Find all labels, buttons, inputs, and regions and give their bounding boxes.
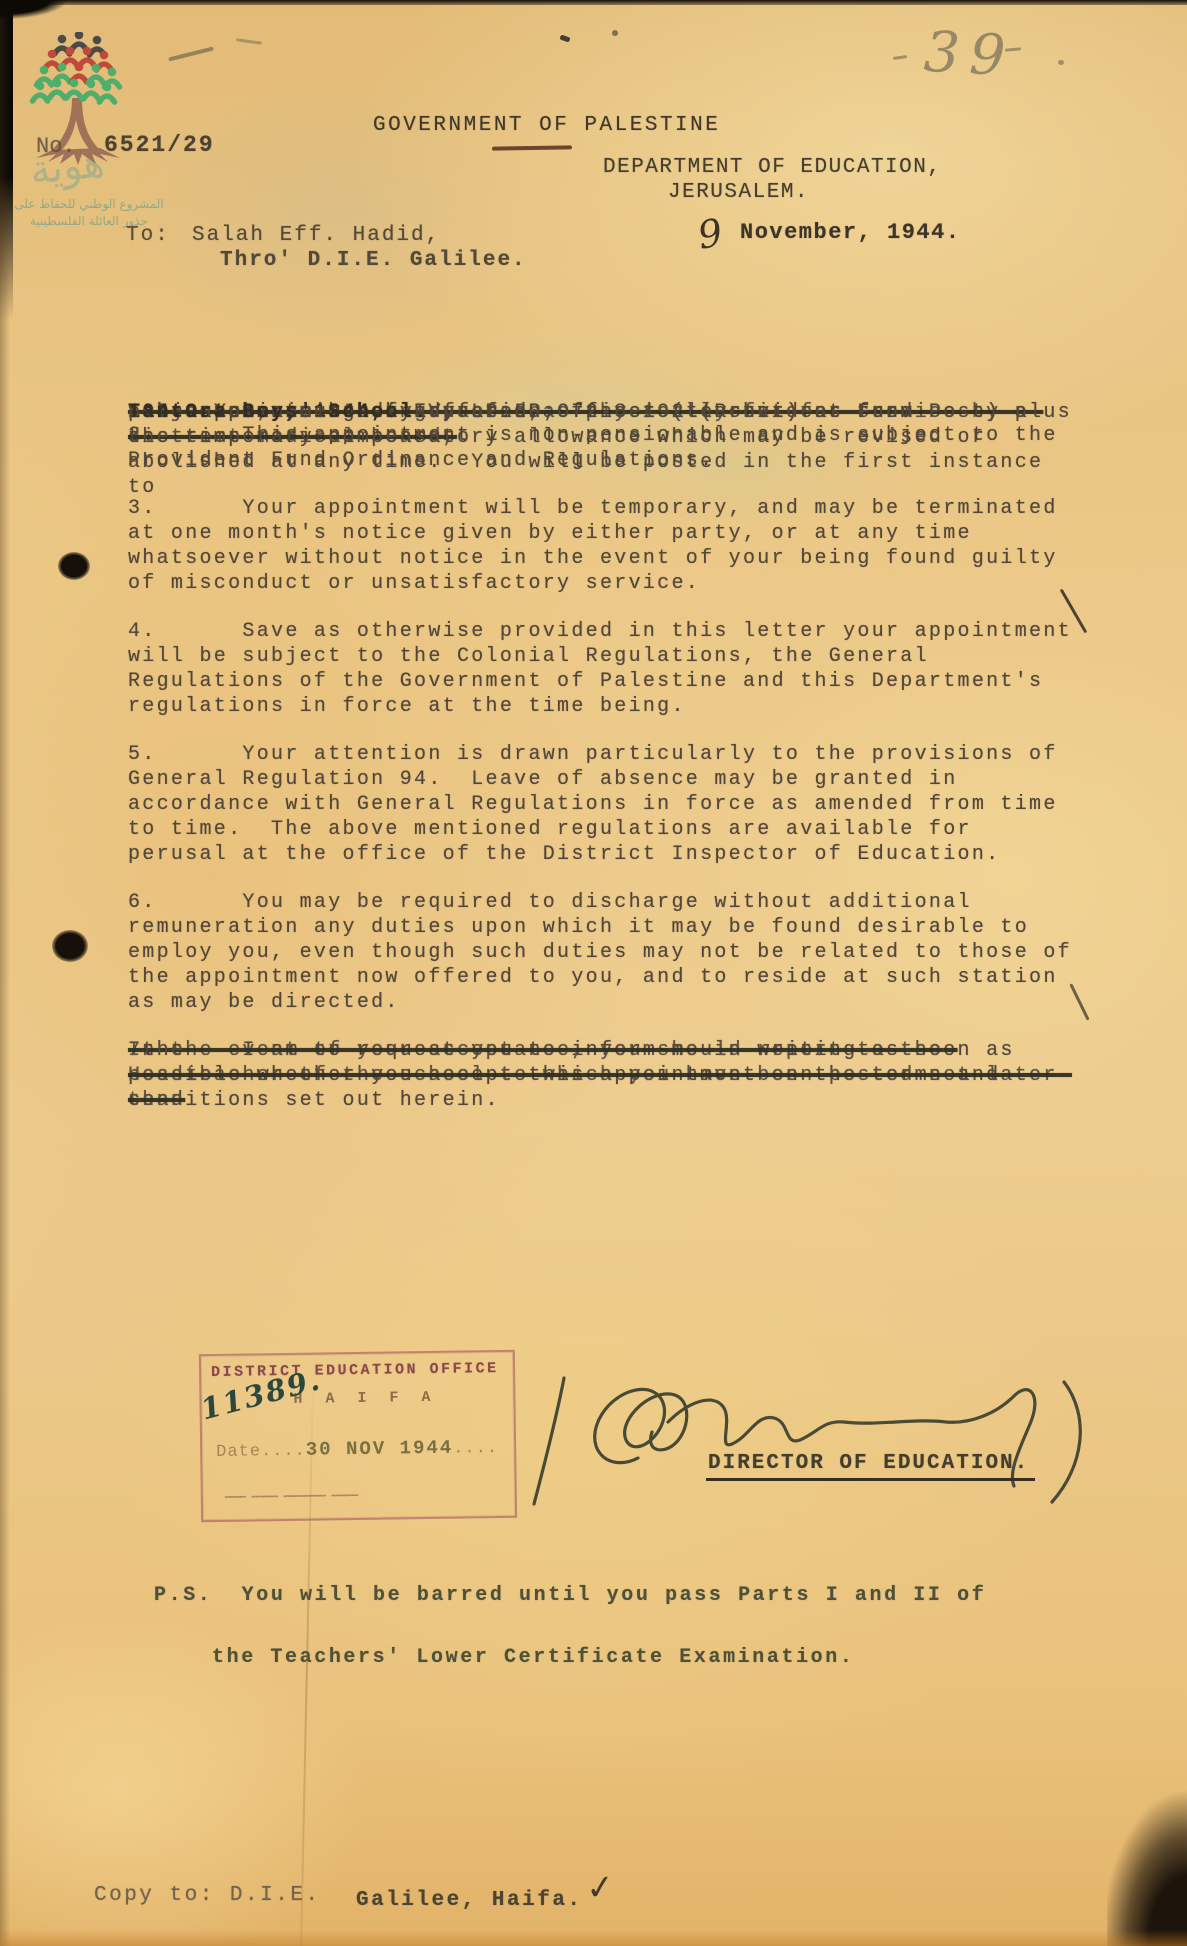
scan-edge-left-shadow	[0, 0, 10, 1946]
stamp-dots: ....	[453, 1439, 498, 1459]
pencil-smudge	[893, 55, 907, 60]
paragraph-3: 3. Your appointment will be temporary, a…	[128, 496, 1080, 596]
pencil-smudge	[236, 38, 262, 45]
pencil-smudge	[612, 30, 618, 36]
handwritten-date-day: 9	[694, 210, 725, 258]
to-label: To:	[126, 224, 170, 247]
pencil-smudge	[168, 46, 214, 61]
p1-inserted-school: Tantura Boys' School.	[128, 400, 428, 425]
department-line1: DEPARTMENT OF EDUCATION,	[603, 156, 941, 179]
paragraph-6: 6. You may be required to discharge with…	[128, 890, 1080, 1015]
handwritten-signature	[518, 1362, 1102, 1508]
postscript-line2: the Teachers' Lower Certificate Examinat…	[212, 1646, 855, 1669]
letter-body: You are hereby offered, subject to your …	[128, 400, 1080, 1038]
stamp-date-value: 30 NOV 1944	[306, 1437, 454, 1461]
punch-hole	[52, 930, 88, 962]
handwritten-checkmark: ✓	[584, 1867, 617, 1910]
stamp-dots: ....	[261, 1442, 306, 1462]
copy-to-label: Copy to: D.I.E.	[94, 1884, 321, 1907]
scan-corner-top-left	[0, 0, 95, 26]
paragraph-4: 4. Save as otherwise provided in this le…	[128, 619, 1080, 719]
addressee-name: Salah Eff. Hadid,	[192, 224, 440, 247]
ref-label: No.	[36, 134, 76, 159]
department-line2: JERUSALEM.	[668, 181, 809, 204]
scan-edge-bottom	[0, 1930, 1187, 1946]
typed-date: November, 1944.	[740, 220, 961, 245]
p7-text: the	[128, 1038, 185, 1063]
pencil-page-number: 39	[922, 20, 1017, 90]
government-heading: GOVERNMENT OF PALESTINE	[373, 114, 720, 137]
scanned-letter-page: هوية المشروع الوطني للحفاظ على جذور العا…	[0, 0, 1187, 1946]
paragraph-5: 5. Your attention is drawn particularly …	[128, 742, 1080, 867]
copy-to-value: Galilee, Haifa.	[356, 1889, 583, 1912]
scan-corner-fold	[1107, 1756, 1187, 1946]
signatory-title: DIRECTOR OF EDUCATION.	[706, 1452, 1035, 1481]
ref-number: 6521/29	[104, 132, 215, 158]
district-education-office-stamp: DISTRICT EDUCATION OFFICE H A I F A 1138…	[199, 1350, 517, 1522]
punch-hole	[58, 552, 90, 580]
stamp-arabic-line: ـــــ ــــــــ ـــــ ــــ	[225, 1480, 358, 1503]
watermark-caption-line1: المشروع الوطني للحفاظ على	[14, 196, 164, 213]
pencil-smudge	[1058, 60, 1064, 65]
addressee-route: Thro' D.I.E. Galilee.	[220, 249, 527, 272]
p7-struck-text: In the event of your acceptance, you sho…	[128, 1038, 1080, 1113]
stamp-date-row: Date....30 NOV 1944....	[216, 1436, 498, 1462]
heading-underline	[492, 145, 572, 150]
postscript-line1: P.S. You will be barred until you pass P…	[154, 1584, 986, 1607]
pencil-smudge	[559, 34, 570, 42]
scan-edge-top	[0, 0, 1187, 5]
stamp-date-label: Date	[216, 1442, 261, 1462]
